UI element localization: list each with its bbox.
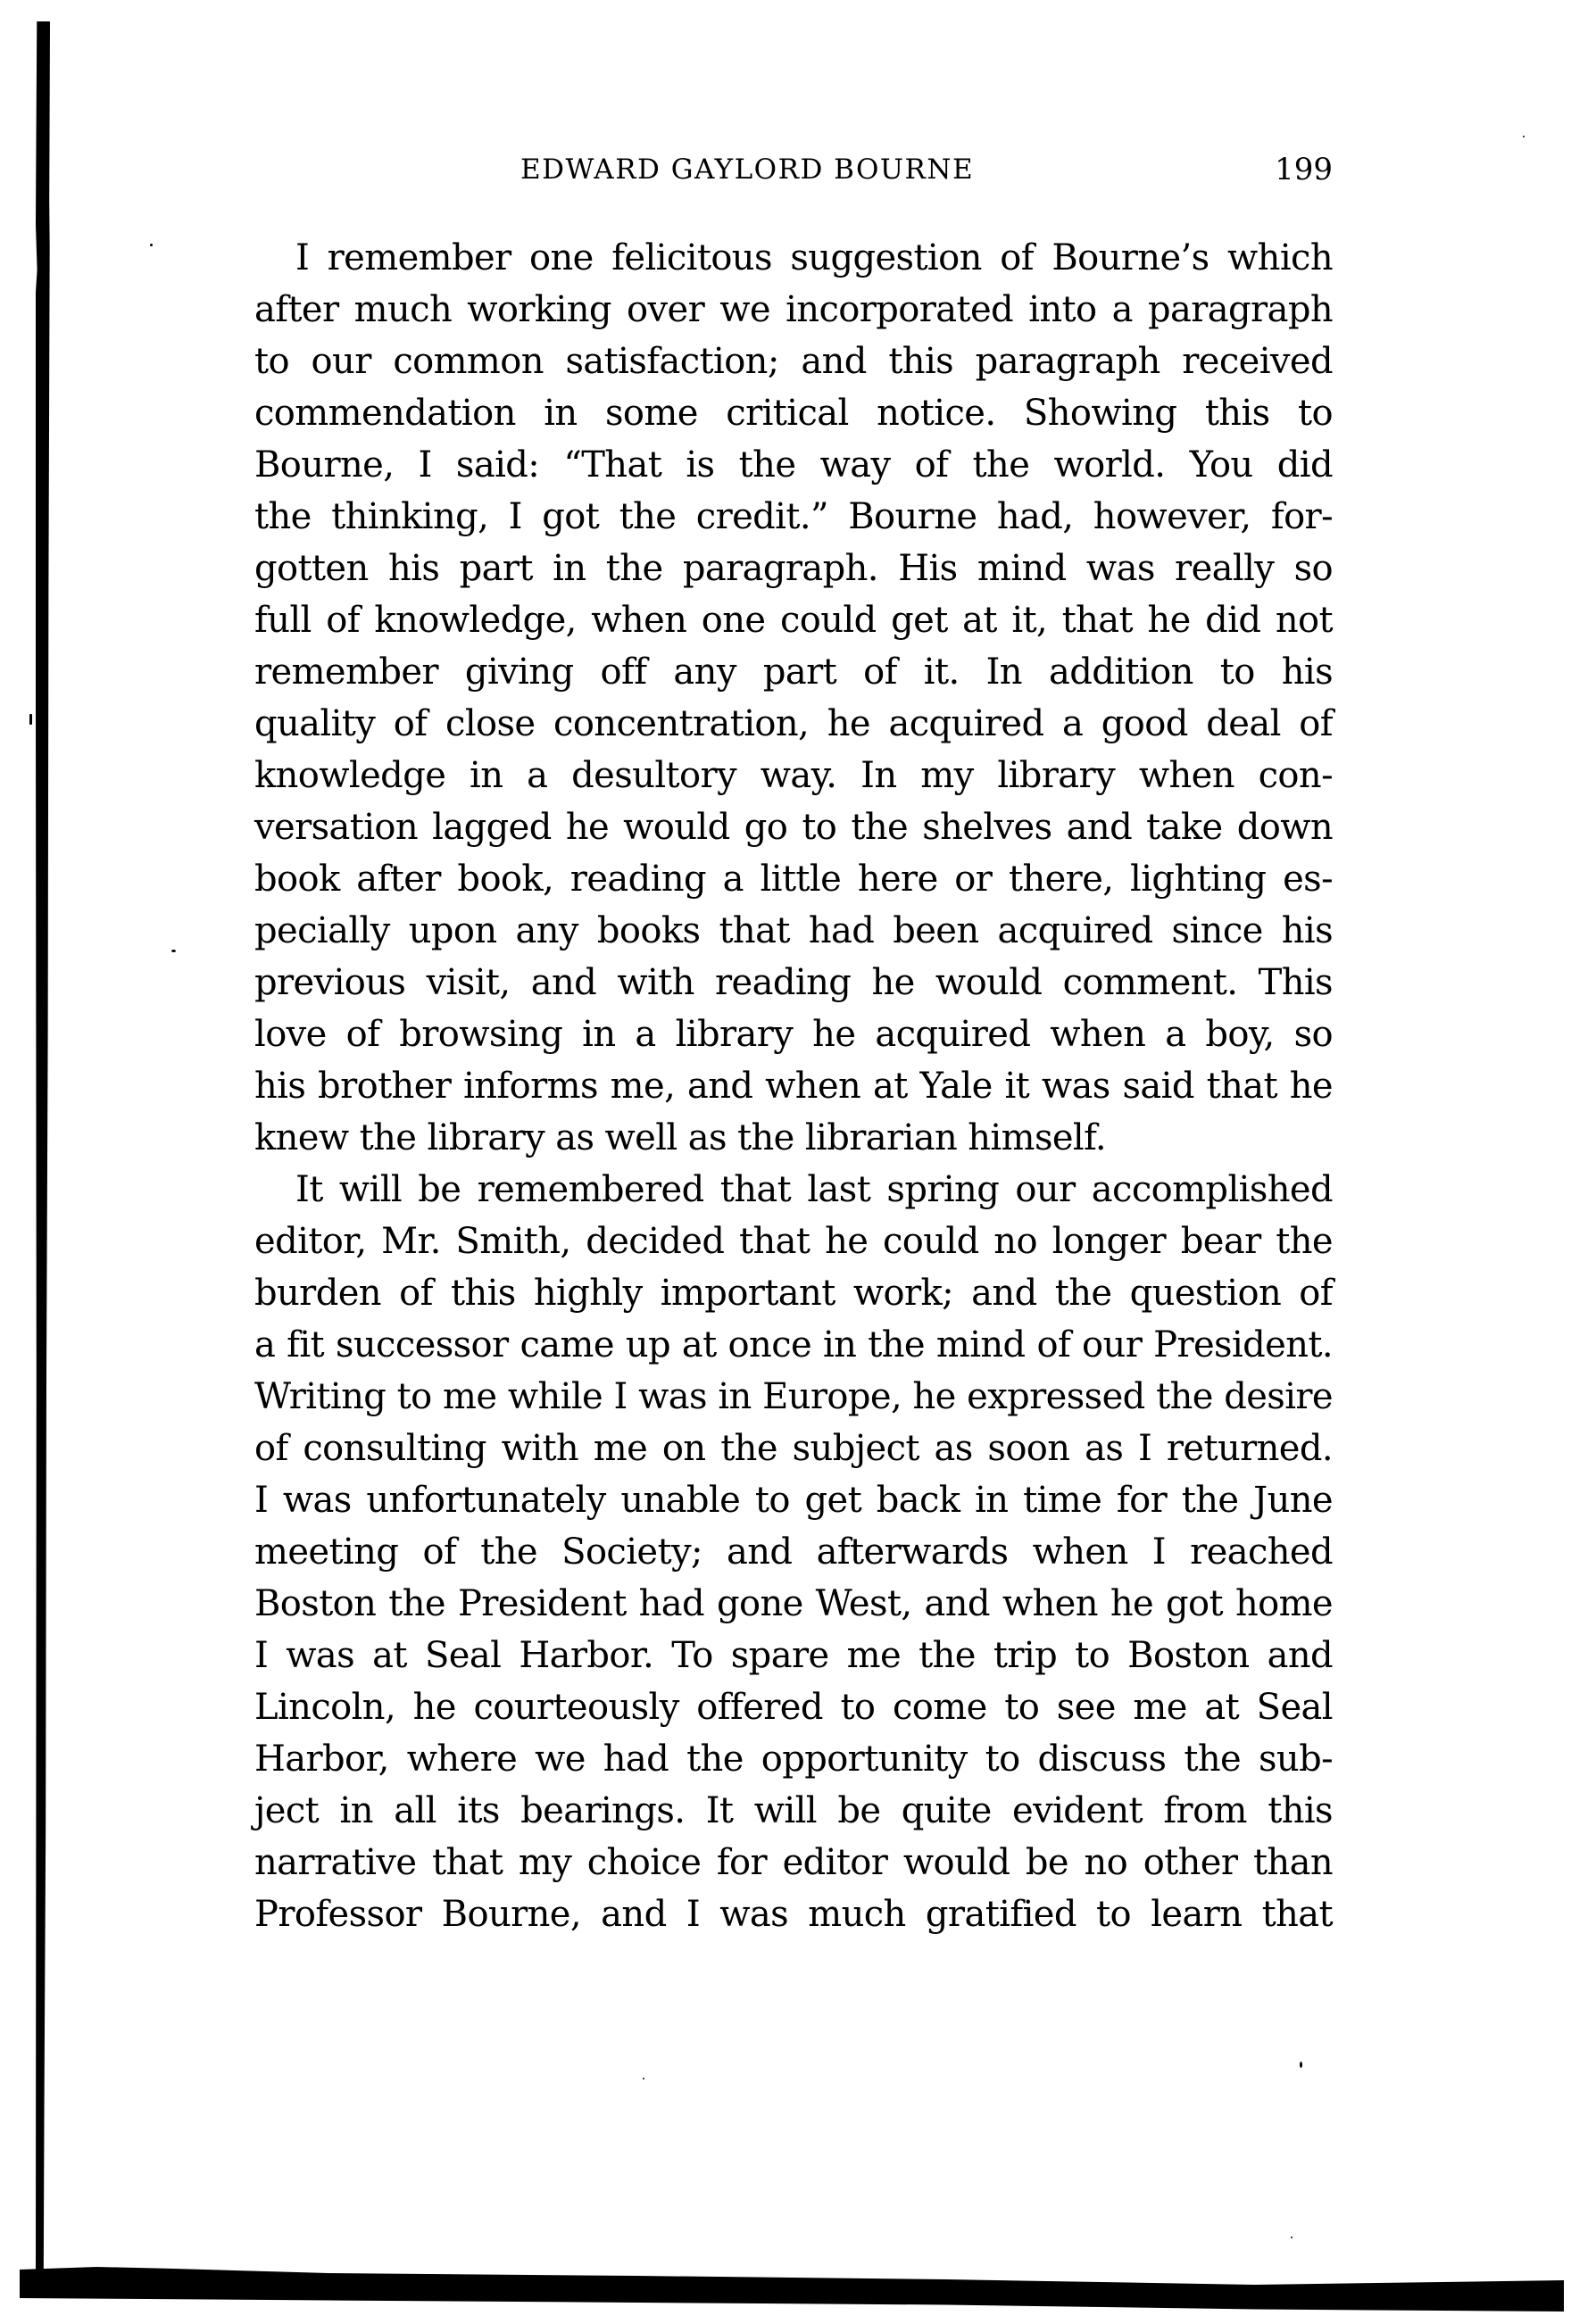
text-line: meeting of the Society; and afterwards w… (254, 1526, 1333, 1578)
text-line: commendation in some critical notice. Sh… (254, 387, 1333, 439)
text-line: remember giving off any part of it. In a… (254, 646, 1333, 698)
text-line: knew the library as well as the libraria… (254, 1112, 1333, 1164)
text-line: after much working over we incorporated … (254, 284, 1333, 336)
scan-speck (1300, 2062, 1302, 2068)
text-line: book after book, reading a little here o… (254, 853, 1333, 905)
text-line: the thinking, I got the credit.” Bourne … (254, 491, 1333, 543)
text-line: a fit successor came up at once in the m… (254, 1319, 1333, 1371)
text-line: pecially upon any books that had been ac… (254, 905, 1333, 957)
scan-speck (29, 714, 32, 725)
scanned-page: EDWARD GAYLORD BOURNE 199 I remember one… (0, 0, 1596, 2324)
text-line: gotten his part in the paragraph. His mi… (254, 543, 1333, 594)
text-line: his brother informs me, and when at Yale… (254, 1060, 1333, 1112)
paragraph-2: It will be remembered that last spring o… (254, 1164, 1333, 1940)
text-line: Professor Bourne, and I was much gratifi… (254, 1888, 1333, 1940)
text-line: love of browsing in a library he acquire… (254, 1008, 1333, 1060)
page-number: 199 (1275, 150, 1333, 189)
scan-binding-edge-bottom (20, 2267, 1564, 2312)
text-line: knowledge in a desultory way. In my libr… (254, 750, 1333, 801)
scan-speck (171, 950, 176, 952)
text-line: I remember one felicitous suggestion of … (254, 232, 1333, 284)
text-line: narrative that my choice for editor woul… (254, 1837, 1333, 1888)
body-text: I remember one felicitous suggestion of … (254, 232, 1333, 1940)
text-line: previous visit, and with reading he woul… (254, 957, 1333, 1008)
text-line: of consulting with me on the subject as … (254, 1423, 1333, 1474)
text-line: Bourne, I said: “That is the way of the … (254, 439, 1333, 491)
text-line: to our common satisfaction; and this par… (254, 336, 1333, 387)
text-line: I was unfortunately unable to get back i… (254, 1474, 1333, 1526)
running-head: EDWARD GAYLORD BOURNE 199 (520, 150, 1333, 189)
text-line: Boston the President had gone West, and … (254, 1578, 1333, 1630)
text-line: editor, Mr. Smith, decided that he could… (254, 1216, 1333, 1267)
text-line: versation lagged he would go to the shel… (254, 801, 1333, 853)
scan-speck (1291, 2237, 1293, 2238)
paragraph-1: I remember one felicitous suggestion of … (254, 232, 1333, 1164)
running-head-title: EDWARD GAYLORD BOURNE (520, 150, 974, 189)
text-line: ject in all its bearings. It will be qui… (254, 1785, 1333, 1837)
text-line: quality of close concentration, he acqui… (254, 698, 1333, 750)
text-line: full of knowledge, when one could get at… (254, 594, 1333, 646)
scan-binding-edge-left (36, 21, 50, 2279)
scan-speck (643, 2078, 644, 2079)
text-line: Writing to me while I was in Europe, he … (254, 1371, 1333, 1423)
text-line: Lincoln, he courteously offered to come … (254, 1681, 1333, 1733)
text-line: burden of this highly important work; an… (254, 1267, 1333, 1319)
text-line: It will be remembered that last spring o… (254, 1164, 1333, 1216)
scan-speck (150, 244, 153, 246)
scan-speck (1523, 136, 1525, 137)
text-line: I was at Seal Harbor. To spare me the tr… (254, 1630, 1333, 1681)
text-line: Harbor, where we had the opportunity to … (254, 1733, 1333, 1785)
